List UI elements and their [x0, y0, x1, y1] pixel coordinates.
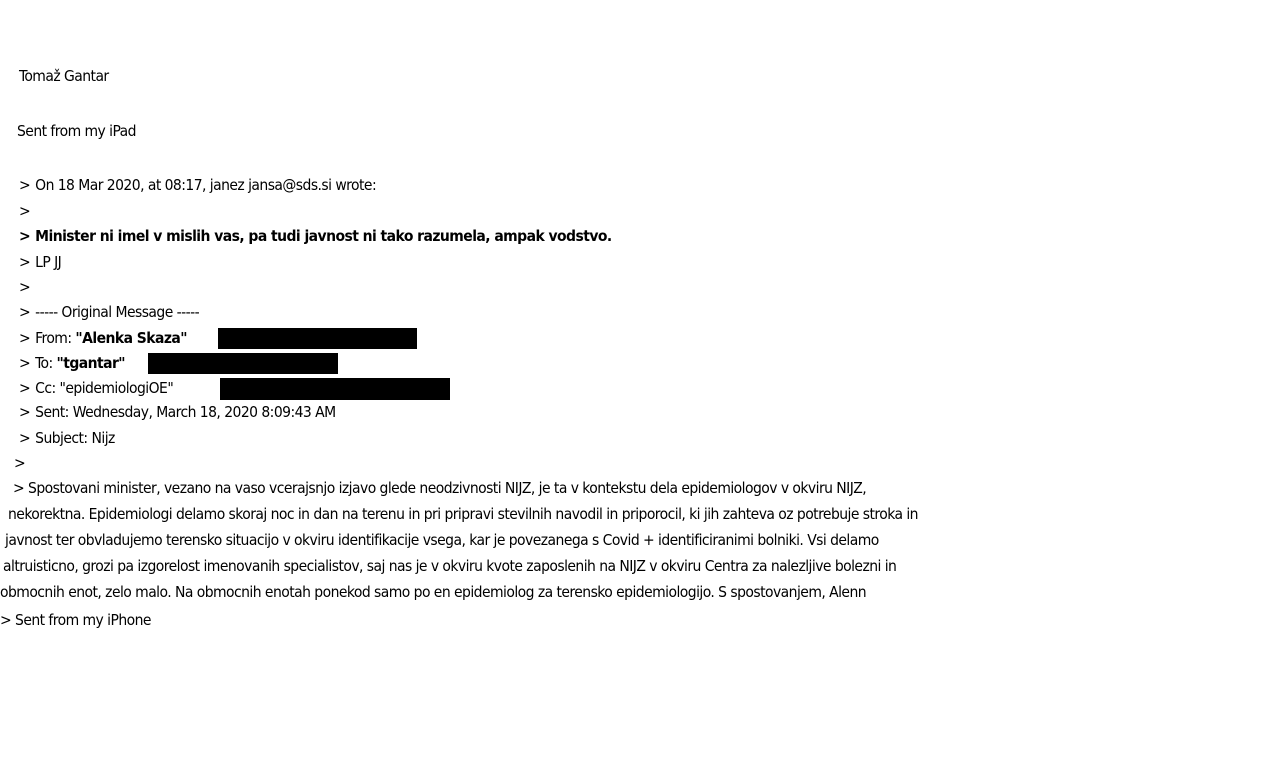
signature-name: Tomaž Gantar: [19, 66, 109, 86]
quoted-reply-text: >Minister ni imel v mislih vas, pa tudi …: [19, 226, 612, 246]
body-line: nekorektna. Epidemiologi delamo skoraj n…: [8, 504, 918, 524]
quote-marker: >: [19, 429, 30, 447]
sent-value: Wednesday, March 18, 2020 8:09:43 AM: [73, 403, 336, 421]
to-field: >To: "tgantar": [19, 353, 125, 373]
from-field: >From: "Alenka Skaza": [19, 328, 187, 348]
redaction-cc-email: [220, 378, 450, 400]
quoted-reply-sign: >LP JJ: [19, 252, 61, 272]
reply-text: Minister ni imel v mislih vas, pa tudi j…: [35, 227, 612, 245]
quote-marker: >: [19, 278, 30, 296]
body-line: javnost ter obvladujemo terensko situaci…: [5, 530, 879, 550]
quote-marker: >: [19, 202, 30, 220]
cc-field: >Cc: "epidemiologiOE": [19, 378, 173, 398]
to-value: "tgantar": [57, 354, 126, 372]
original-message-header: >----- Original Message -----: [19, 302, 199, 322]
subject-field: >Subject: Nijz: [19, 428, 115, 448]
body-line: obmocnih enot, zelo malo. Na obmocnih en…: [0, 582, 866, 602]
redaction-from-email: [218, 328, 417, 349]
quote-marker: >: [19, 253, 30, 271]
sent-field: >Sent: Wednesday, March 18, 2020 8:09:43…: [19, 402, 336, 422]
subject-label: Subject:: [35, 429, 87, 447]
sent-label: Sent:: [35, 403, 69, 421]
quote-marker: >: [19, 403, 30, 421]
original-header-text: ----- Original Message -----: [35, 303, 199, 321]
quoted-intro: >On 18 Mar 2020, at 08:17, janez jansa@s…: [19, 175, 376, 195]
body-line: > Spostovani minister, vezano na vaso vc…: [13, 478, 866, 498]
quote-marker: >: [19, 176, 30, 194]
quote-marker: >: [19, 354, 30, 372]
quote-marker: >: [14, 454, 25, 472]
signature-device: Sent from my iPad: [17, 121, 136, 141]
quote-marker: >: [19, 227, 30, 245]
body-line-signature: > Sent from my iPhone: [0, 610, 151, 630]
from-value: "Alenka Skaza": [75, 329, 187, 347]
cc-label: Cc:: [35, 379, 55, 397]
quote-marker: >: [19, 329, 30, 347]
quoted-blank-line: >: [14, 453, 25, 473]
subject-value: Nijz: [91, 429, 114, 447]
quoted-blank-line: >: [19, 277, 30, 297]
quote-marker: >: [19, 379, 30, 397]
cc-value: "epidemiologiOE": [60, 379, 174, 397]
body-line: altruisticno, grozi pa izgorelost imenov…: [3, 556, 896, 576]
reply-sign: LP JJ: [35, 253, 61, 271]
to-label: To:: [35, 354, 52, 372]
redaction-to-email: [148, 353, 338, 374]
quoted-blank-line: >: [19, 201, 30, 221]
quoted-intro-text: On 18 Mar 2020, at 08:17, janez jansa@sd…: [35, 176, 376, 194]
from-label: From:: [35, 329, 71, 347]
quote-marker: >: [19, 303, 30, 321]
